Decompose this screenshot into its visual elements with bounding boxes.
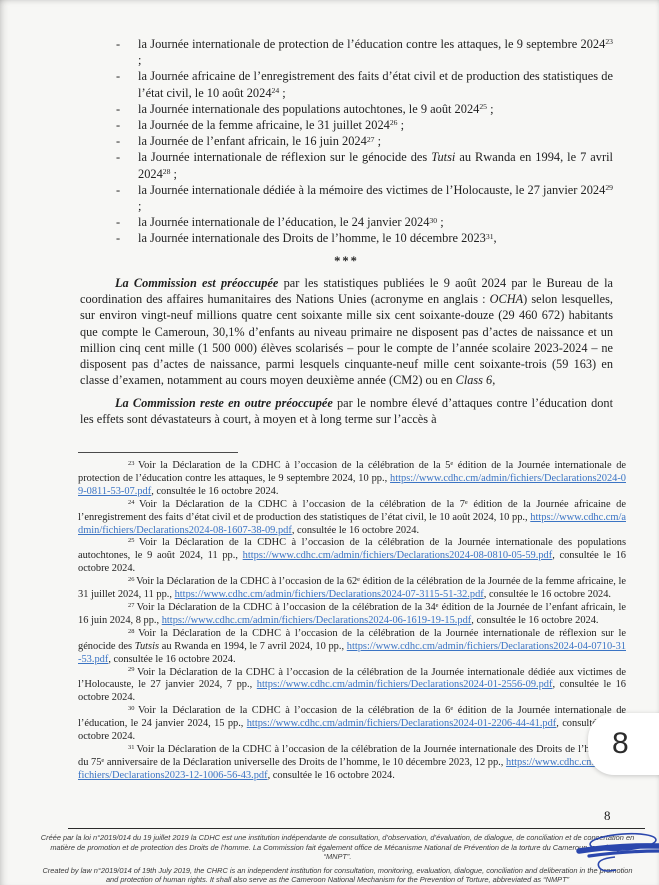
superscript: 30 <box>128 705 138 712</box>
list-item-text: la Journée de l’enfant africain, le 16 j… <box>138 133 613 149</box>
footnote: 31 Voir la Déclaration de la CDHC à l’oc… <box>78 744 626 783</box>
list-item: - la Journée africaine de l’enregistreme… <box>116 68 613 100</box>
superscript: e <box>357 576 360 583</box>
superscript: e <box>436 602 439 609</box>
footnote-link[interactable]: https://www.cdhc.cm/admin/fichiers/Decla… <box>247 718 557 729</box>
footnote-link[interactable]: https://www.cdhc.cm/admin/fichiers/Decla… <box>243 550 553 561</box>
footnotes-section: 23 Voir la Déclaration de la CDHC à l’oc… <box>78 452 626 783</box>
bullet-dash-icon: - <box>116 117 138 133</box>
page-number-overlay-value: 8 <box>612 727 629 761</box>
list-item-text: la Journée de la femme africaine, le 31 … <box>138 117 613 133</box>
footnote: 25 Voir la Déclaration de la CDHC à l’oc… <box>78 537 626 576</box>
footnote-separator <box>78 452 238 453</box>
page-number-overlay: 8 <box>588 713 659 775</box>
superscript: 30 <box>429 216 437 225</box>
list-item-text: la Journée internationale dédiée à la mé… <box>138 182 613 214</box>
list-item: - la Journée de la femme africaine, le 3… <box>116 117 613 133</box>
asterisk-separator: *** <box>80 254 613 269</box>
footnote: 26 Voir la Déclaration de la CDHC à l’oc… <box>78 576 626 602</box>
superscript: 25 <box>128 537 139 544</box>
footer-note-en: Created by law n°2019/014 of 19th July 2… <box>38 866 637 885</box>
list-item: - la Journée de l’enfant africain, le 16… <box>116 133 613 149</box>
bullet-dash-icon: - <box>116 230 138 246</box>
superscript: 23 <box>605 37 613 46</box>
footer-note-fr: Créée par la loi n°2019/014 du 19 juille… <box>38 833 637 862</box>
pen-scribble <box>575 831 659 873</box>
footer-disclaimer: Créée par la loi n°2019/014 du 19 juille… <box>38 833 637 885</box>
bullet-dash-icon: - <box>116 36 138 68</box>
list-item: - la Journée internationale des populati… <box>116 101 613 117</box>
superscript: 26 <box>128 576 136 583</box>
superscript: e <box>450 705 453 712</box>
page-number: 8 <box>604 808 611 824</box>
bullet-dash-icon: - <box>116 133 138 149</box>
bullet-dash-icon: - <box>116 149 138 181</box>
list-item-text: la Journée internationale des Droits de … <box>138 230 613 246</box>
footnote: 30 Voir la Déclaration de la CDHC à l’oc… <box>78 705 626 744</box>
bullet-dash-icon: - <box>116 182 138 214</box>
superscript: e <box>101 757 104 764</box>
superscript: 26 <box>390 118 398 127</box>
footnote: 27 Voir la Déclaration de la CDHC à l’oc… <box>78 602 626 628</box>
list-item: - la Journée internationale de réflexion… <box>116 149 613 181</box>
superscript: 29 <box>605 183 613 192</box>
bullet-dash-icon: - <box>116 101 138 117</box>
list-item-text: la Journée internationale des population… <box>138 101 613 117</box>
footnote: 28 Voir la Déclaration de la CDHC à l’oc… <box>78 628 626 667</box>
list-item-text: la Journée africaine de l’enregistrement… <box>138 68 613 100</box>
footnote: 24 Voir la Déclaration de la CDHC à l’oc… <box>78 499 626 538</box>
bullet-list: - la Journée internationale de protectio… <box>116 36 613 247</box>
list-item-text: la Journée internationale de protection … <box>138 36 613 68</box>
superscript: 25 <box>479 102 487 111</box>
superscript: 23 <box>128 460 138 467</box>
superscript: 24 <box>272 86 280 95</box>
paragraph: La Commission reste en outre préoccupée … <box>80 395 613 428</box>
bullet-dash-icon: - <box>116 214 138 230</box>
list-item-text: la Journée internationale de réflexion s… <box>138 149 613 181</box>
paragraph: La Commission est préoccupée par les sta… <box>80 275 613 389</box>
footnote: 29 Voir la Déclaration de la CDHC à l’oc… <box>78 667 626 706</box>
footnote-link[interactable]: https://www.cdhc.cm/admin/fichiers/Decla… <box>257 679 553 690</box>
bullet-dash-icon: - <box>116 68 138 100</box>
list-item: - la Journée internationale de protectio… <box>116 36 613 68</box>
superscript: 24 <box>128 499 139 506</box>
document-page: - la Journée internationale de protectio… <box>0 0 659 885</box>
list-item: - la Journée internationale des Droits d… <box>116 230 613 246</box>
list-item: - la Journée internationale dédiée à la … <box>116 182 613 214</box>
footnote-link[interactable]: https://www.cdhc.cm/admin/fichiers/Decla… <box>162 615 472 626</box>
superscript: 29 <box>128 666 137 673</box>
superscript: e <box>450 460 453 467</box>
superscript: 31 <box>128 744 136 751</box>
superscript: 31 <box>486 232 494 241</box>
superscript: 28 <box>128 628 138 635</box>
footnote: 23 Voir la Déclaration de la CDHC à l’oc… <box>78 460 626 499</box>
page-content: - la Journée internationale de protectio… <box>80 36 613 427</box>
footer-divider <box>68 828 645 829</box>
superscript: 27 <box>128 602 137 609</box>
footnote-link[interactable]: https://www.cdhc.cm/admin/fichiers/Decla… <box>175 589 484 600</box>
superscript: e <box>465 499 468 506</box>
superscript: 28 <box>163 167 171 176</box>
superscript: 27 <box>367 135 375 144</box>
list-item-text: la Journée internationale de l’éducation… <box>138 214 613 230</box>
list-item: - la Journée internationale de l’éducati… <box>116 214 613 230</box>
